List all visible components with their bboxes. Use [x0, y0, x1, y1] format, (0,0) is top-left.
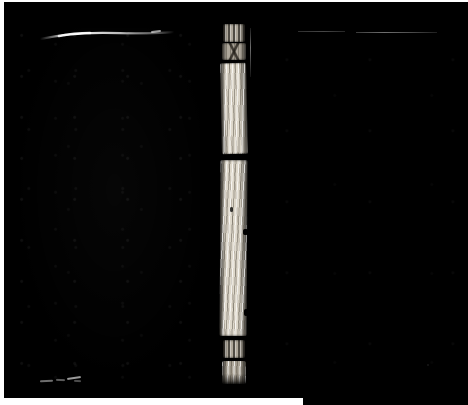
spine-nick — [243, 229, 248, 235]
handwritten-dash — [56, 379, 65, 381]
back-cover-surface — [262, 42, 462, 382]
back-cover-edge-line-right — [356, 32, 437, 33]
handwritten-dash — [74, 380, 81, 382]
book-spine — [220, 24, 248, 384]
back-cover-edge-line-left — [298, 31, 345, 32]
spine-edge-highlight — [250, 28, 251, 77]
spine-crease-spot — [230, 207, 233, 212]
scan-background-extension — [303, 397, 468, 405]
scan-background — [4, 2, 468, 398]
front-cover-surface — [10, 28, 200, 388]
spine-segment-upper-section — [220, 63, 248, 155]
spine-segment-tail-section — [222, 361, 246, 384]
spine-segment-lower-block — [223, 340, 245, 358]
dust-speck — [427, 364, 429, 366]
photo-frame — [0, 0, 468, 405]
spine-segment-head-knot — [223, 24, 245, 42]
spine-nick — [244, 309, 248, 316]
spine-segment-stitch-block — [222, 43, 246, 60]
